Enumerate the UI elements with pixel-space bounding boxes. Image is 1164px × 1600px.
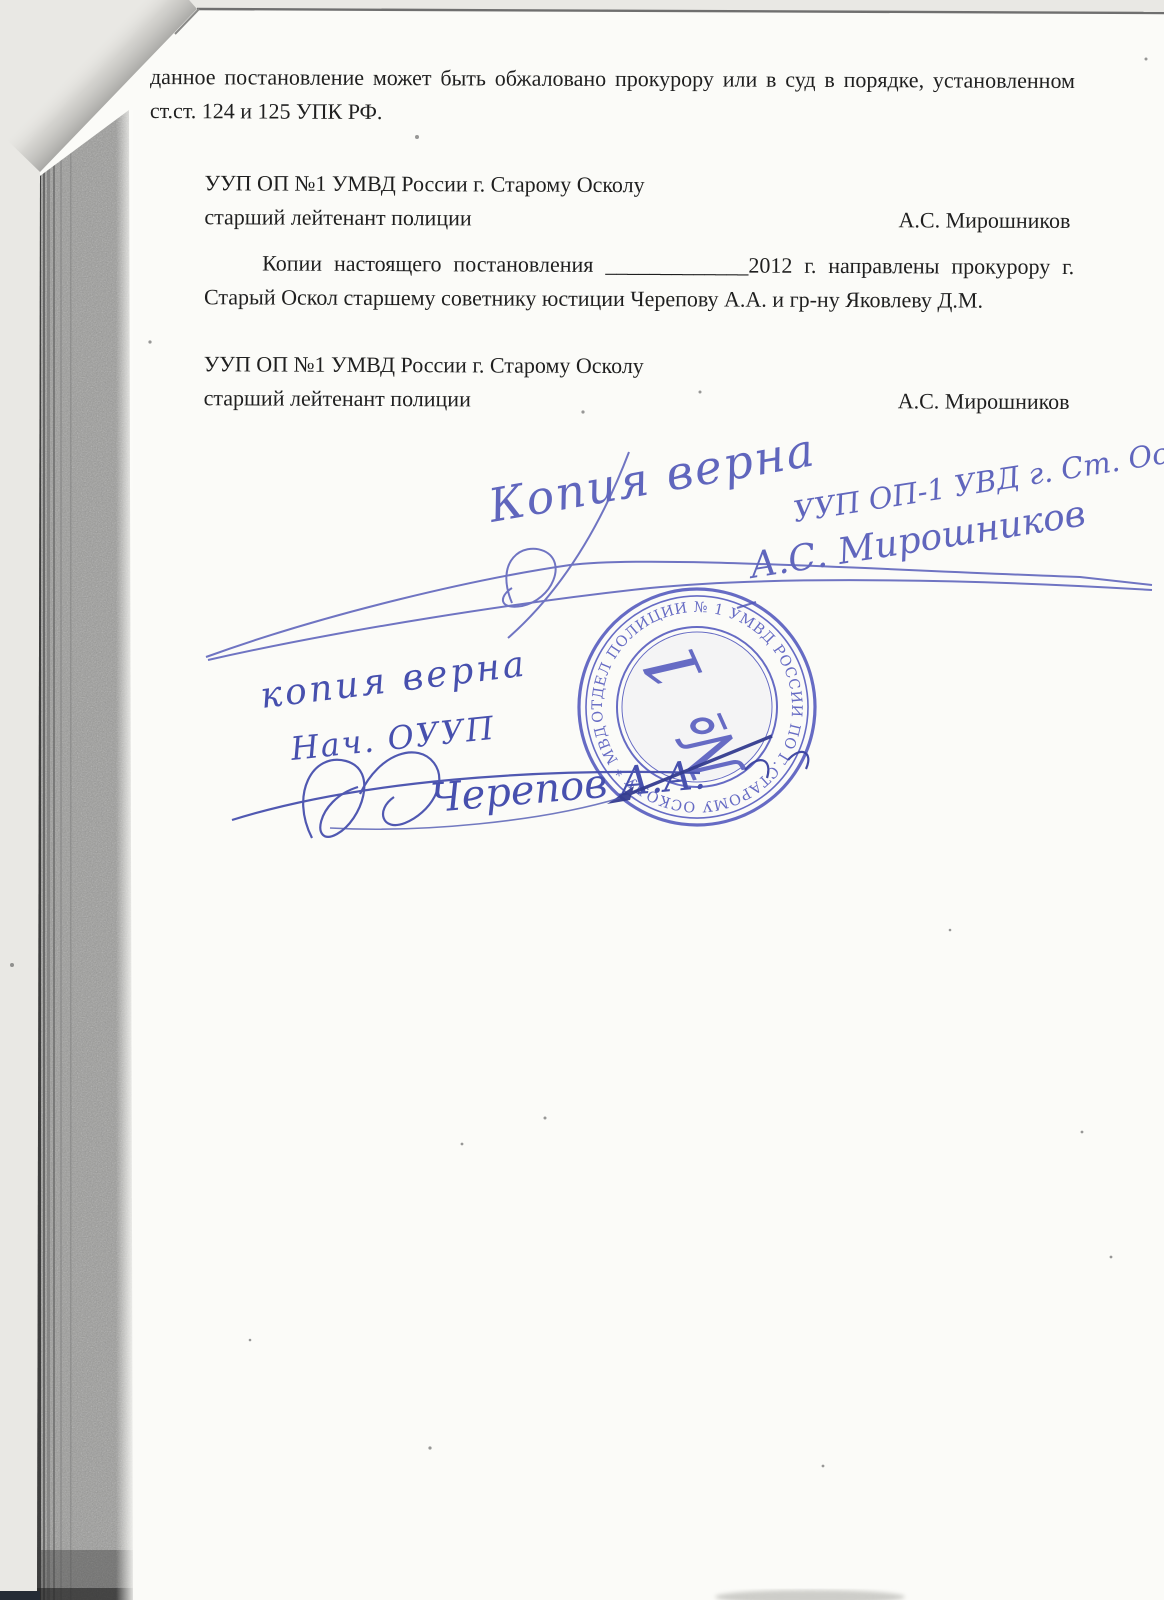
handwritten-certification-top: Копия верна [484,422,820,533]
handwritten-reference-note: Нач. ОУУП [288,709,497,768]
handwritten-certification-bottom: копия верна [258,644,529,717]
ink-layer: Копия верна УУП ОП-1 УВД г. Ст. Оскол А.… [0,0,1164,1600]
scanned-document: данное постановление может быть обжалова… [0,0,1164,1600]
